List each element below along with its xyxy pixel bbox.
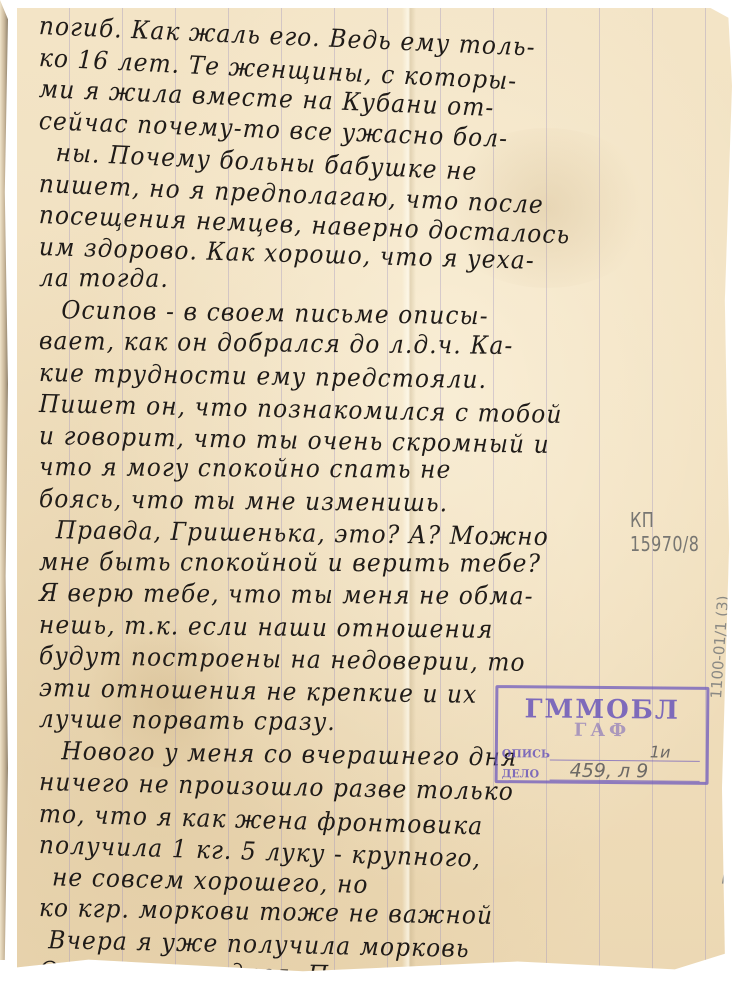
stamp-opis-label: ОПИСЬ: [502, 747, 550, 760]
letter-line: мне быть спокойной и верить тебе?: [39, 546, 681, 580]
inventory-number: КП 15970/8: [630, 508, 712, 556]
torn-paper-edge: [0, 0, 8, 960]
letter-line: Я верю тебе, что ты меня не обма-: [39, 577, 681, 613]
stamp-opis-row: ОПИСЬ 1и: [502, 742, 700, 762]
letter-line: что я могу спокойно спать не: [39, 451, 681, 487]
stamp-sub: ГАФ: [498, 719, 706, 742]
stamp-delo-row: ДЕЛО 459, л 9: [502, 762, 700, 782]
letter-text: погиб. Как жаль его. Ведь ему толь-ко 16…: [39, 10, 729, 983]
stamp-delo-value: 459, л 9: [550, 763, 700, 782]
letter-line: вает, как он добрался до л.д.ч. Ка-: [39, 325, 681, 363]
letter-page: погиб. Как жаль его. Ведь ему толь-ко 16…: [17, 8, 732, 983]
stamp-delo-label: ДЕЛО: [502, 767, 550, 780]
archive-stamp: ГММОБЛ ГАФ ОПИСЬ 1и ДЕЛО 459, л 9: [495, 685, 710, 785]
letter-line: ла тогда.: [39, 262, 681, 298]
